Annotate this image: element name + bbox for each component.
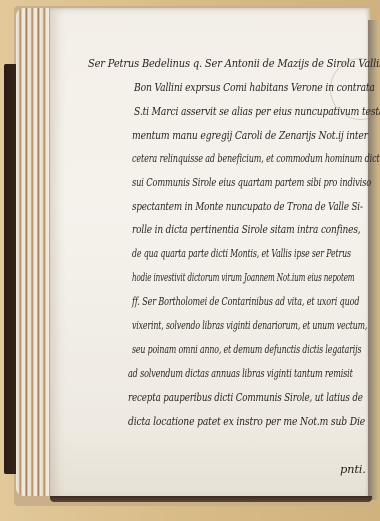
text-line: sui Communis Sirole eius quartam partem … — [132, 175, 371, 189]
text-line: recepta pauperibus dicti Communis Sirole… — [128, 390, 363, 404]
text-line: de qua quarta parte dicti Montis, et Val… — [132, 246, 351, 260]
text-line: hodie investivit dictorum virum Joannem … — [132, 270, 354, 284]
text-line: seu poinam omni anno, et demum defunctis… — [132, 342, 361, 356]
text-line: dicta locatione patet ex instro per me N… — [128, 414, 365, 428]
text-line: pnti. — [340, 462, 366, 476]
text-line: ff. Ser Bortholomei de Contarinibus ad v… — [132, 294, 359, 308]
text-line: S.ti Marci asservit se alias per eius nu… — [134, 104, 380, 118]
text-line: spectantem in Monte nuncupato de Trona d… — [132, 199, 363, 213]
text-line: Bon Vallini exprsus Comi habitans Verone… — [134, 80, 375, 94]
text-line: rolle in dicta pertinentia Sirole sitam … — [132, 222, 360, 236]
text-line: cetera relinquisse ad beneficium, et com… — [132, 151, 380, 165]
text-line: mentum manu egregij Caroli de Zenarijs N… — [132, 128, 368, 142]
handwritten-text: Ser Petrus Bedelinus q. Ser Antonii de M… — [0, 0, 380, 521]
text-line: vixerint, solvendo libras viginti denari… — [132, 318, 367, 332]
text-line: Ser Petrus Bedelinus q. Ser Antonii de M… — [88, 56, 380, 70]
text-line: ad solvendum dictas annuas libras vigint… — [128, 366, 353, 380]
